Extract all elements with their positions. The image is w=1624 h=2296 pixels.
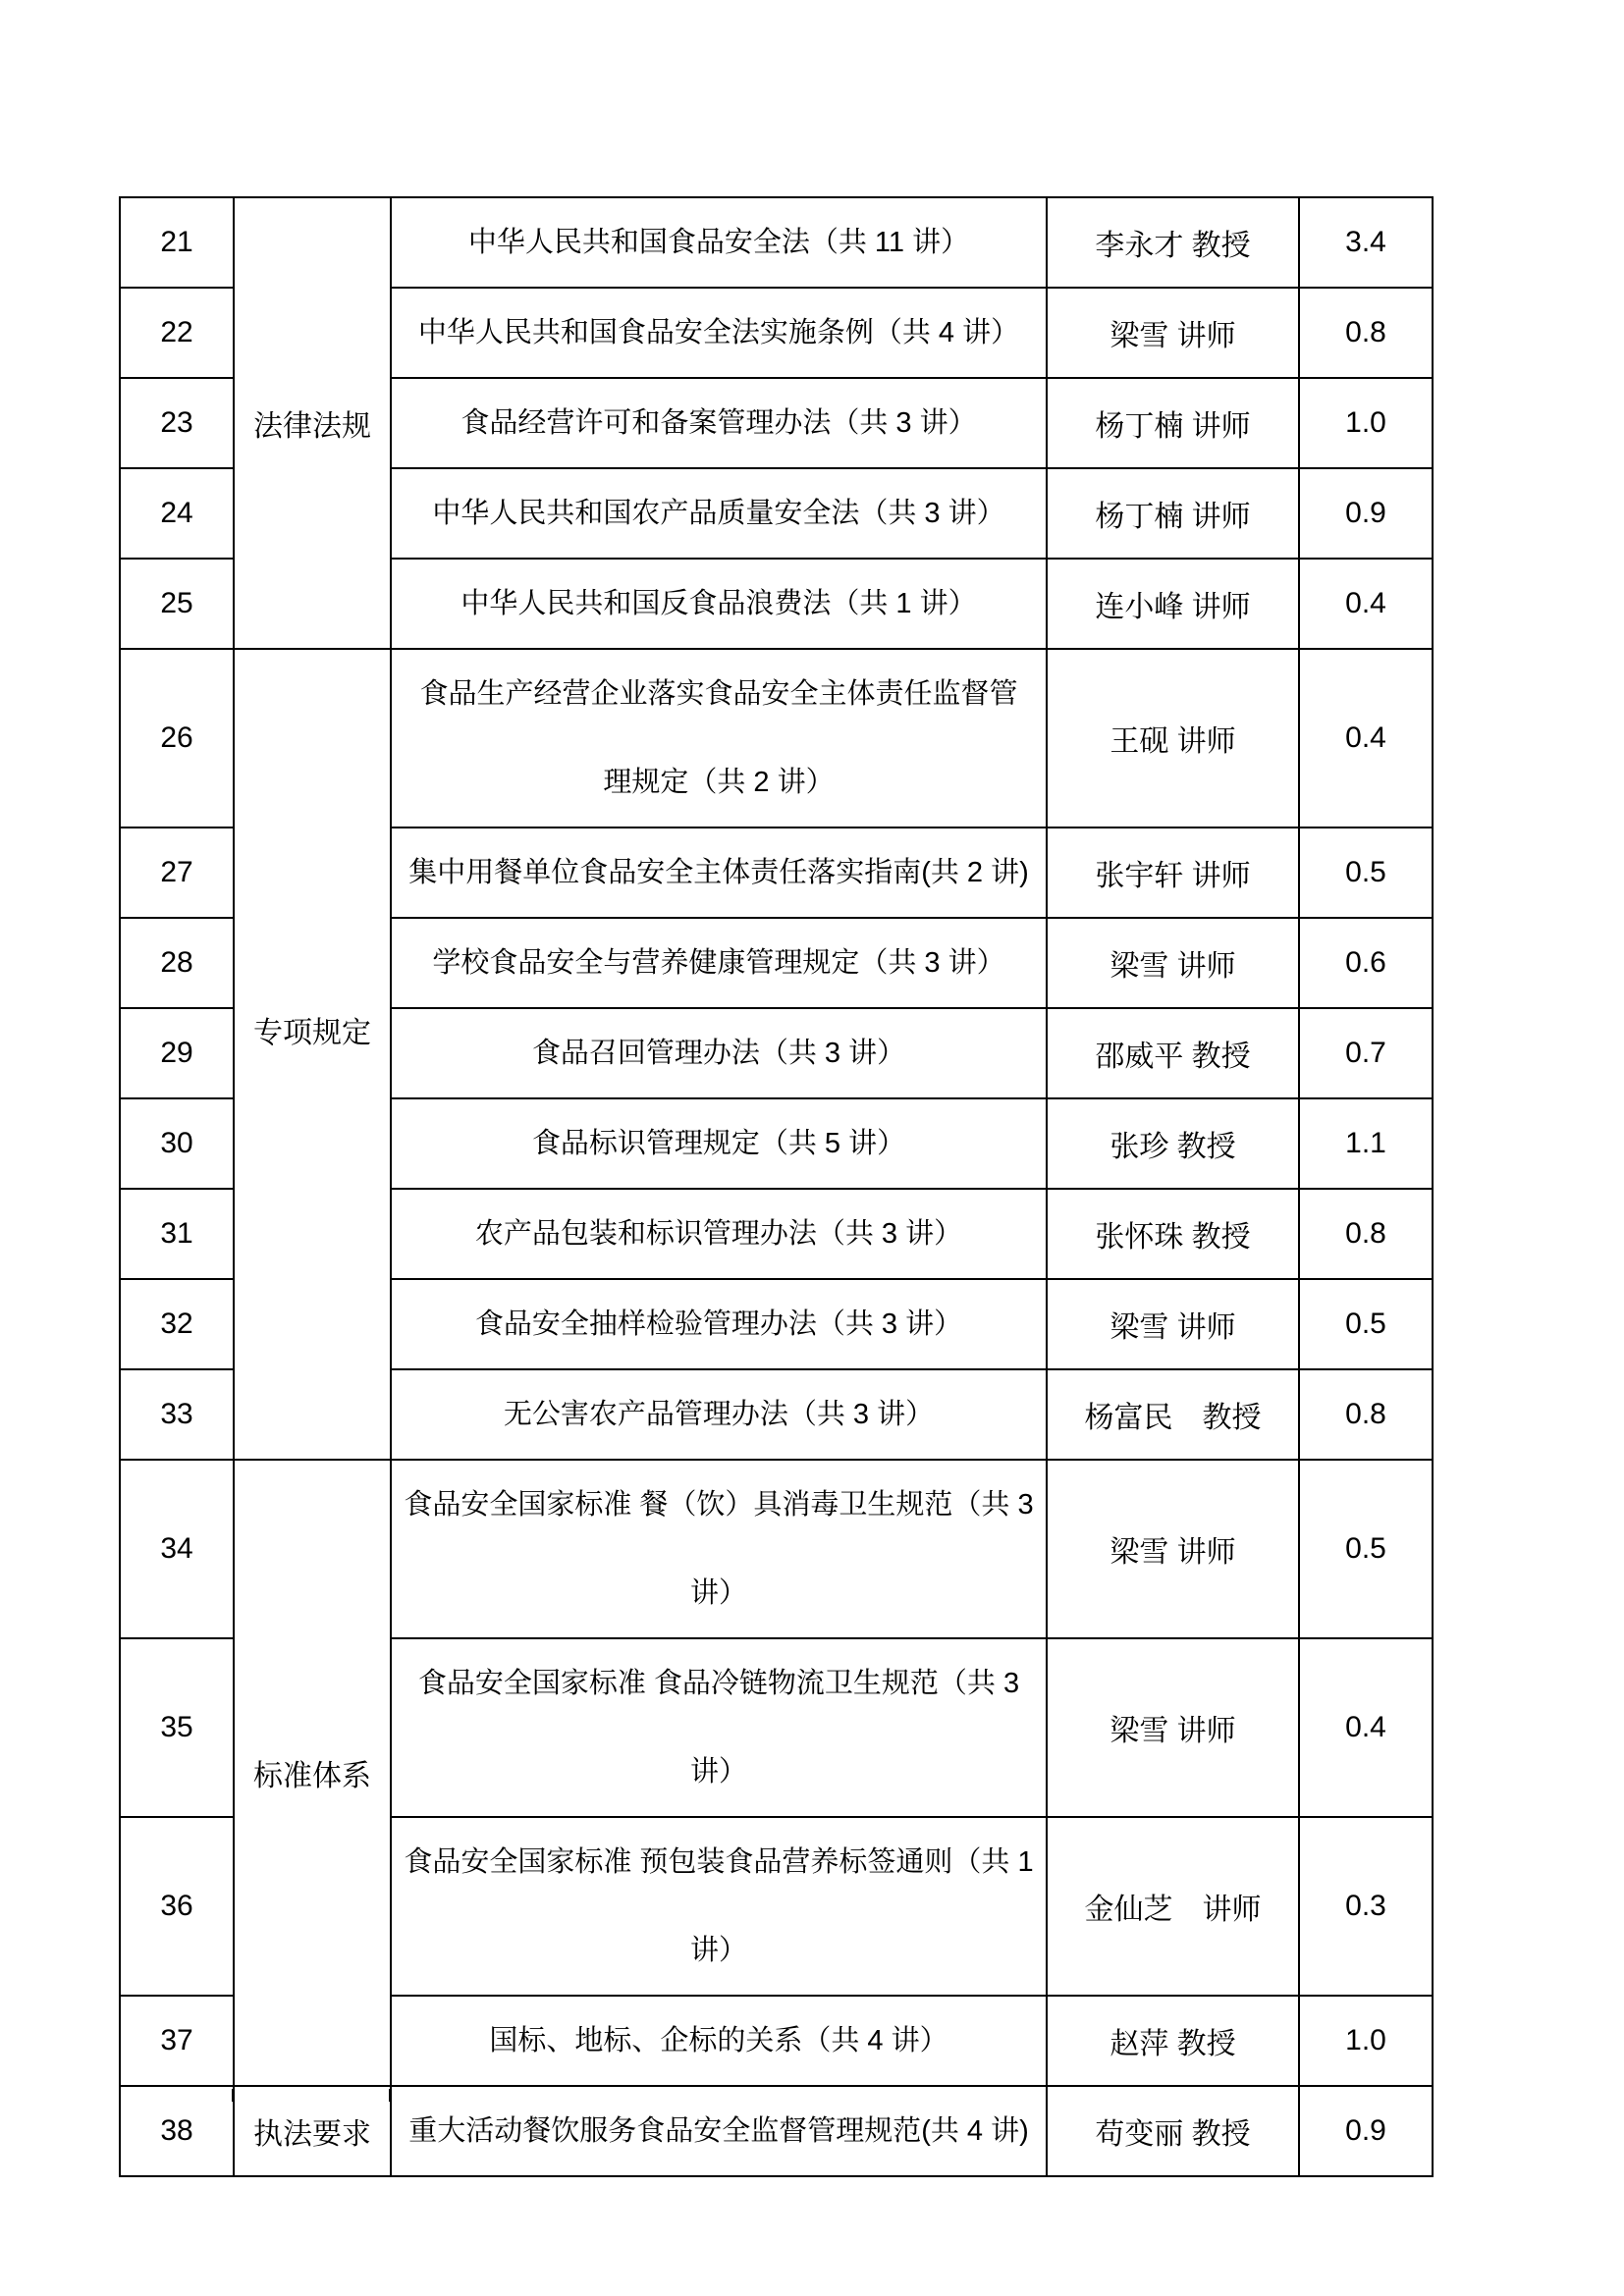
row-number-cell: 33 [120,1369,234,1460]
instructor-cell: 杨丁楠 讲师 [1047,378,1299,468]
category-cell: 执法要求 [234,2086,391,2176]
hours-cell: 0.8 [1299,288,1433,378]
instructor-cell: 张珍 教授 [1047,1098,1299,1189]
hours-cell: 1.1 [1299,1098,1433,1189]
course-title-cell: 学校食品安全与营养健康管理规定（共 3 讲） [391,918,1047,1008]
row-number-cell: 23 [120,378,234,468]
instructor-cell: 王砚 讲师 [1047,649,1299,828]
hours-cell: 0.4 [1299,1638,1433,1817]
course-title-cell: 食品安全抽样检验管理办法（共 3 讲） [391,1279,1047,1369]
hours-cell: 0.4 [1299,559,1433,649]
course-title-cell: 国标、地标、企标的关系（共 4 讲） [391,1996,1047,2086]
table-row: 26专项规定食品生产经营企业落实食品安全主体责任监督管 理规定（共 2 讲）王砚… [120,649,1433,828]
instructor-cell: 梁雪 讲师 [1047,1638,1299,1817]
course-title-cell: 重大活动餐饮服务食品安全监督管理规范(共 4 讲) [391,2086,1047,2176]
row-number-cell: 28 [120,918,234,1008]
category-cell: 法律法规 [234,197,391,649]
row-number-cell: 38 [120,2086,234,2176]
row-number-cell: 24 [120,468,234,559]
instructor-cell: 梁雪 讲师 [1047,288,1299,378]
hours-cell: 1.0 [1299,1996,1433,2086]
row-number-cell: 37 [120,1996,234,2086]
instructor-cell: 张宇轩 讲师 [1047,828,1299,918]
course-title-cell: 食品安全国家标准 预包装食品营养标签通则（共 1 讲） [391,1817,1047,1996]
category-cell: 标准体系 [234,1460,391,2086]
instructor-cell: 张怀珠 教授 [1047,1189,1299,1279]
hours-cell: 0.8 [1299,1369,1433,1460]
instructor-cell: 杨富民 教授 [1047,1369,1299,1460]
row-number-cell: 32 [120,1279,234,1369]
row-number-cell: 25 [120,559,234,649]
course-title-cell: 无公害农产品管理办法（共 3 讲） [391,1369,1047,1460]
document-page: { "page": { "background": "#ffffff", "te… [0,0,1624,2296]
instructor-cell: 金仙芝 讲师 [1047,1817,1299,1996]
hours-cell: 0.6 [1299,918,1433,1008]
row-number-cell: 35 [120,1638,234,1817]
course-table-body: 21法律法规中华人民共和国食品安全法（共 11 讲）李永才 教授3.422中华人… [120,197,1433,2176]
category-label: 专项规定 [235,989,390,1078]
course-title-cell: 集中用餐单位食品安全主体责任落实指南(共 2 讲) [391,828,1047,918]
row-number-cell: 26 [120,649,234,828]
course-title-cell: 中华人民共和国农产品质量安全法（共 3 讲） [391,468,1047,559]
hours-cell: 0.5 [1299,1460,1433,1638]
course-title-cell: 食品生产经营企业落实食品安全主体责任监督管 理规定（共 2 讲） [391,649,1047,828]
instructor-cell: 梁雪 讲师 [1047,1460,1299,1638]
row-number-cell: 21 [120,197,234,288]
table-row: 38执法要求重大活动餐饮服务食品安全监督管理规范(共 4 讲)苟变丽 教授0.9 [120,2086,1433,2176]
hours-cell: 0.7 [1299,1008,1433,1098]
row-number-cell: 29 [120,1008,234,1098]
instructor-cell: 赵萍 教授 [1047,1996,1299,2086]
category-label: 标准体系 [253,1760,371,1792]
category-label: 执法要求 [253,2118,371,2151]
row-number-cell: 34 [120,1460,234,1638]
table-row: 34标准体系食品安全国家标准 餐（饮）具消毒卫生规范（共 3 讲）梁雪 讲师0.… [120,1460,1433,1638]
hours-cell: 0.8 [1299,1189,1433,1279]
instructor-cell: 连小峰 讲师 [1047,559,1299,649]
hours-cell: 0.5 [1299,828,1433,918]
page: 21法律法规中华人民共和国食品安全法（共 11 讲）李永才 教授3.422中华人… [0,0,1624,2296]
instructor-cell: 李永才 教授 [1047,197,1299,288]
hours-cell: 0.9 [1299,2086,1433,2176]
instructor-cell: 邵威平 教授 [1047,1008,1299,1098]
course-table: 21法律法规中华人民共和国食品安全法（共 11 讲）李永才 教授3.422中华人… [119,196,1434,2177]
hours-cell: 0.9 [1299,468,1433,559]
course-title-cell: 中华人民共和国食品安全法实施条例（共 4 讲） [391,288,1047,378]
row-number-cell: 31 [120,1189,234,1279]
hours-cell: 0.5 [1299,1279,1433,1369]
course-title-cell: 食品经营许可和备案管理办法（共 3 讲） [391,378,1047,468]
page-break-border-stub [232,2089,234,2102]
course-title-cell: 食品安全国家标准 餐（饮）具消毒卫生规范（共 3 讲） [391,1460,1047,1638]
category-label: 法律法规 [253,410,371,443]
instructor-cell: 梁雪 讲师 [1047,1279,1299,1369]
table-row: 21法律法规中华人民共和国食品安全法（共 11 讲）李永才 教授3.4 [120,197,1433,288]
category-cell: 专项规定 [234,649,391,1460]
instructor-cell: 梁雪 讲师 [1047,918,1299,1008]
course-title-cell: 农产品包装和标识管理办法（共 3 讲） [391,1189,1047,1279]
page-break-border-stub [389,2089,391,2102]
row-number-cell: 22 [120,288,234,378]
row-number-cell: 36 [120,1817,234,1996]
course-title-cell: 中华人民共和国食品安全法（共 11 讲） [391,197,1047,288]
instructor-cell: 苟变丽 教授 [1047,2086,1299,2176]
course-title-cell: 食品标识管理规定（共 5 讲） [391,1098,1047,1189]
hours-cell: 3.4 [1299,197,1433,288]
instructor-cell: 杨丁楠 讲师 [1047,468,1299,559]
course-title-cell: 中华人民共和国反食品浪费法（共 1 讲） [391,559,1047,649]
hours-cell: 1.0 [1299,378,1433,468]
row-number-cell: 30 [120,1098,234,1189]
hours-cell: 0.3 [1299,1817,1433,1996]
course-title-cell: 食品安全国家标准 食品冷链物流卫生规范（共 3 讲） [391,1638,1047,1817]
row-number-cell: 27 [120,828,234,918]
course-title-cell: 食品召回管理办法（共 3 讲） [391,1008,1047,1098]
hours-cell: 0.4 [1299,649,1433,828]
